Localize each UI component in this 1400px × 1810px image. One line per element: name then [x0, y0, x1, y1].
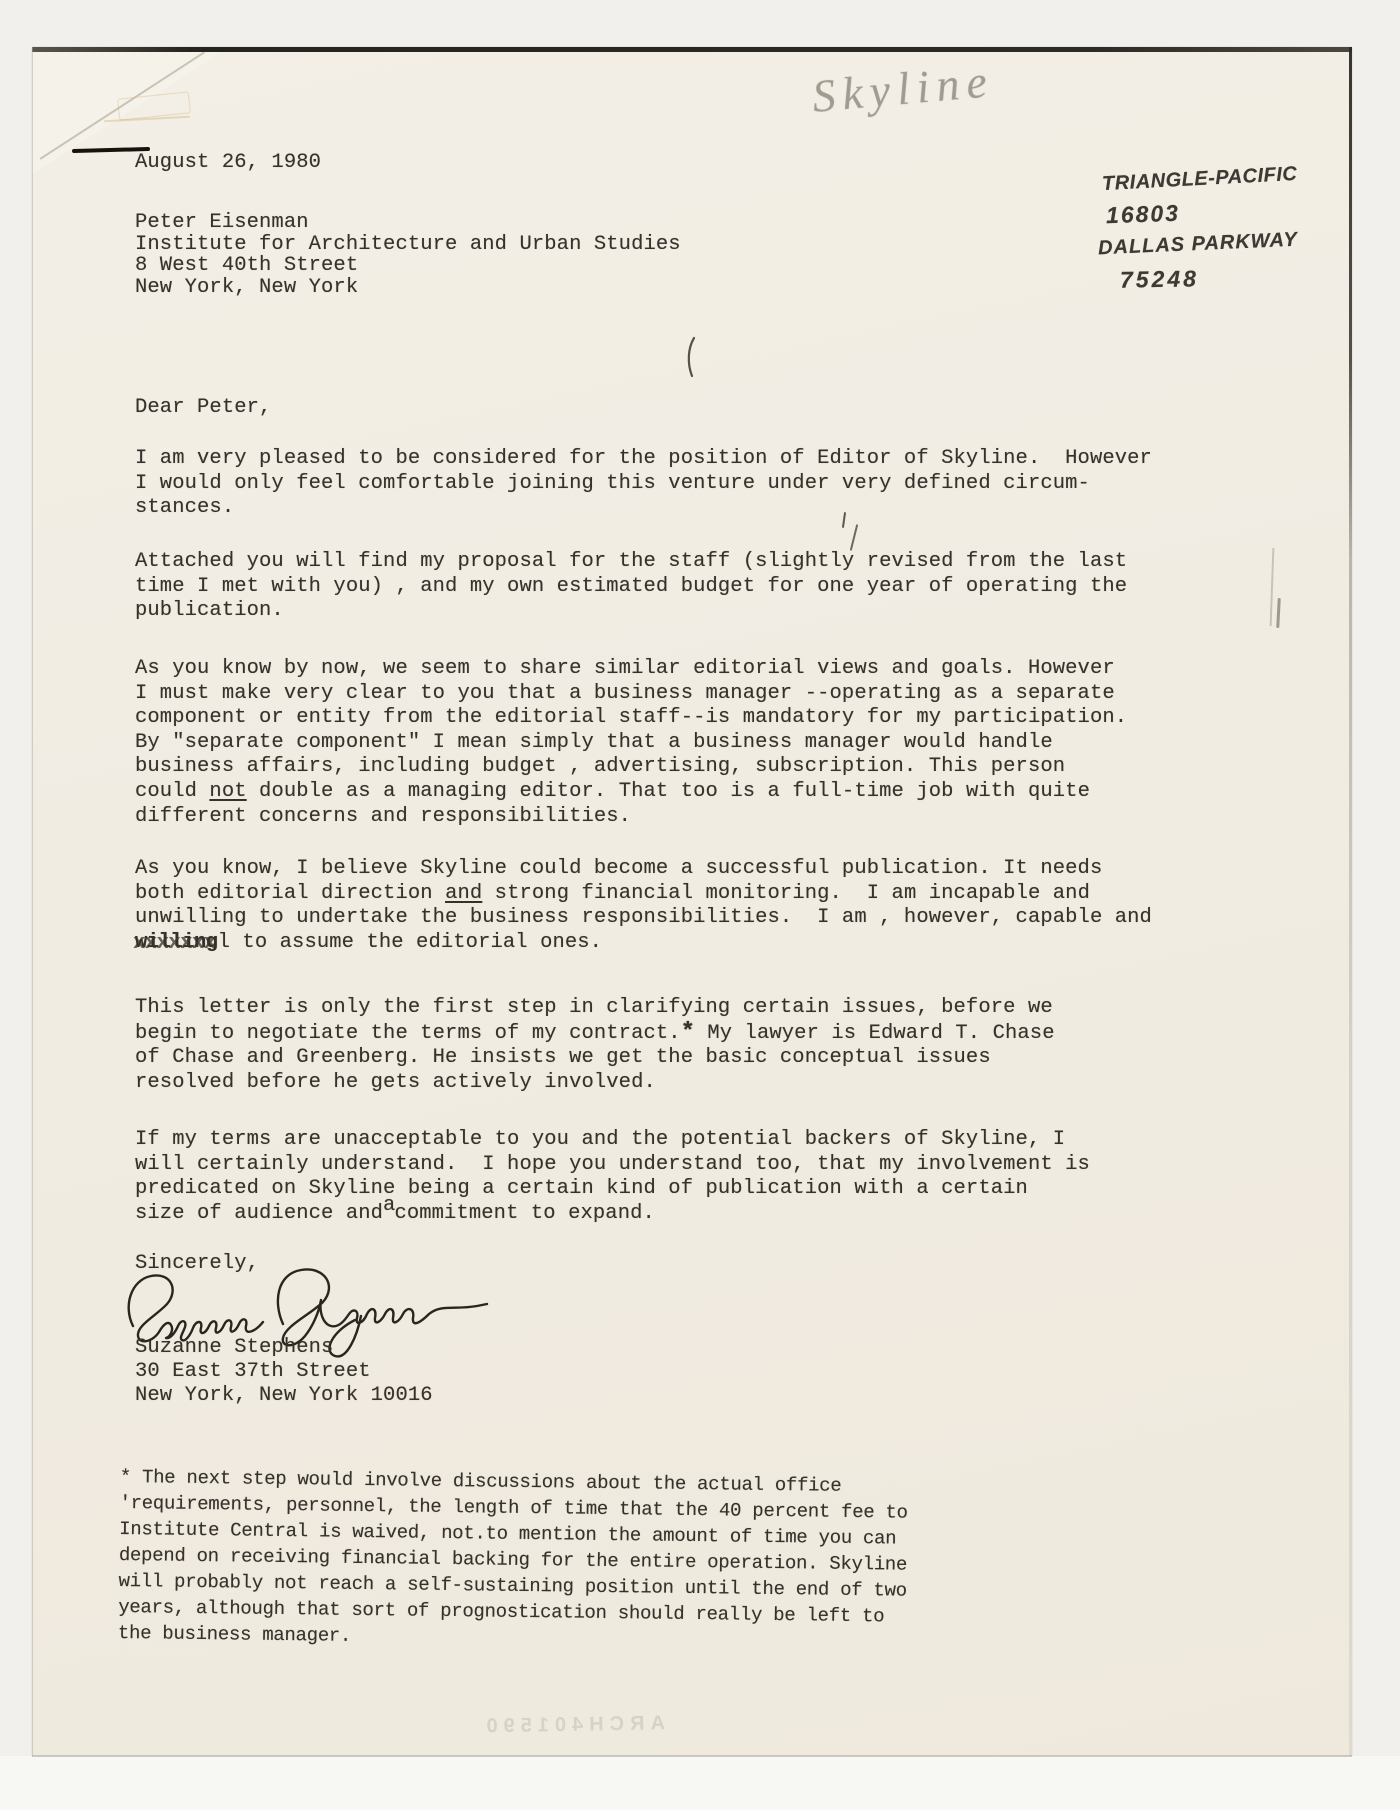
footnote-block: * The next step would involve discussion… — [118, 1464, 908, 1656]
page-left-edge — [32, 47, 33, 1756]
page-bottom-edge — [32, 1755, 1352, 1757]
paragraph-1: I am very pleased to be considered for t… — [135, 447, 1152, 521]
page-right-edge-shadow — [1349, 47, 1352, 1756]
page-top-edge-shadow — [32, 47, 1352, 52]
ink-annotation-zip: 75248 — [1120, 265, 1199, 293]
salutation: Dear Peter, — [135, 395, 271, 420]
sender-address-block: Suzanne Stephens30 East 37th StreetNew Y… — [135, 1336, 433, 1408]
ink-stray-mark — [684, 336, 698, 383]
paragraph-3: As you know by now, we seem to share sim… — [135, 657, 1127, 829]
scanned-letter: { "annotations": { "pencil_note": "Skyli… — [0, 0, 1400, 1810]
paragraph-6: If my terms are unacceptable to you and … — [135, 1128, 1090, 1226]
paragraph-2: Attached you will find my proposal for t… — [135, 550, 1127, 624]
recipient-address-block: Peter EisenmanInstitute for Architecture… — [135, 212, 681, 298]
letter-date: August 26, 1980 — [135, 150, 321, 175]
ink-annotation-street-number: 16803 — [1106, 200, 1181, 230]
paragraph-4: As you know, I believe Skyline could bec… — [135, 857, 1152, 955]
scan-background-bottom — [0, 1756, 1400, 1810]
paragraph-5: This letter is only the first step in cl… — [135, 996, 1055, 1095]
